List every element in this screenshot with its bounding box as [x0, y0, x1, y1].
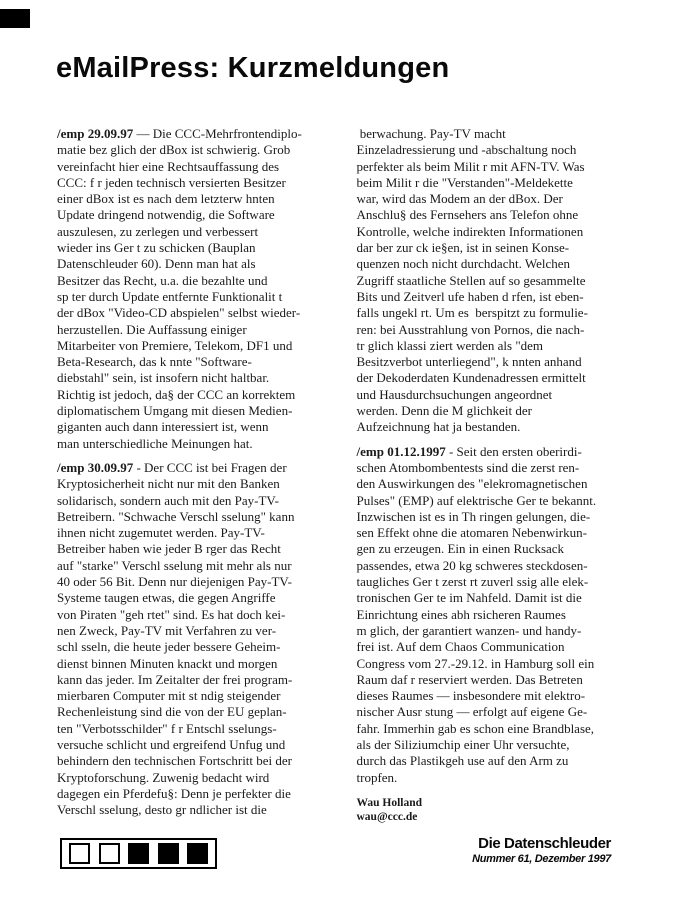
news-item-3-date: /emp 01.12.1997: [357, 444, 446, 459]
issue-label: Nummer 61, Dezember 1997: [472, 853, 611, 865]
filled-square-marker: [158, 843, 179, 864]
news-item-1: /emp 29.09.97 — Die CCC-Mehrfrontendiplo…: [57, 126, 348, 452]
filled-square-marker: [187, 843, 208, 864]
article-column-right: berwachung. Pay-TV macht Einzeladressier…: [357, 126, 648, 826]
news-item-2: /emp 30.09.97 - Der CCC ist bei Fragen d…: [57, 460, 348, 819]
news-item-2-date: /emp 30.09.97: [57, 460, 133, 475]
filled-square-marker: [128, 843, 149, 864]
publication-block: Die Datenschleuder Nummer 61, Dezember 1…: [472, 835, 611, 865]
article-column-left: /emp 29.09.97 — Die CCC-Mehrfrontendiplo…: [57, 126, 348, 826]
empty-square-marker: [99, 843, 120, 864]
signature-name: Wau Holland: [357, 796, 648, 810]
news-item-2-continued-text: berwachung. Pay-TV macht Einzeladressier…: [357, 126, 588, 434]
signature-email: wau@ccc.de: [357, 810, 648, 824]
page-marker-box: [60, 838, 217, 869]
empty-square-marker: [69, 843, 90, 864]
news-item-1-date: /emp 29.09.97: [57, 126, 133, 141]
page-title: eMailPress: Kurzmeldungen: [56, 52, 449, 85]
article-body: /emp 29.09.97 — Die CCC-Mehrfrontendiplo…: [57, 126, 647, 826]
news-item-2-text: - Der CCC ist bei Fragen der Kryptosiche…: [57, 460, 294, 817]
news-item-3: /emp 01.12.1997 - Seit den ersten oberir…: [357, 444, 648, 786]
news-item-3-text: - Seit den ersten oberirdi- schen Atombo…: [357, 444, 597, 785]
news-item-2-continued: berwachung. Pay-TV macht Einzeladressier…: [357, 126, 648, 436]
news-item-1-text: — Die CCC-Mehrfrontendiplo- matie bez gl…: [57, 126, 302, 451]
corner-print-mark: [0, 9, 30, 28]
publication-title: Die Datenschleuder: [472, 835, 611, 852]
signature-block: Wau Holland wau@ccc.de: [357, 796, 648, 824]
